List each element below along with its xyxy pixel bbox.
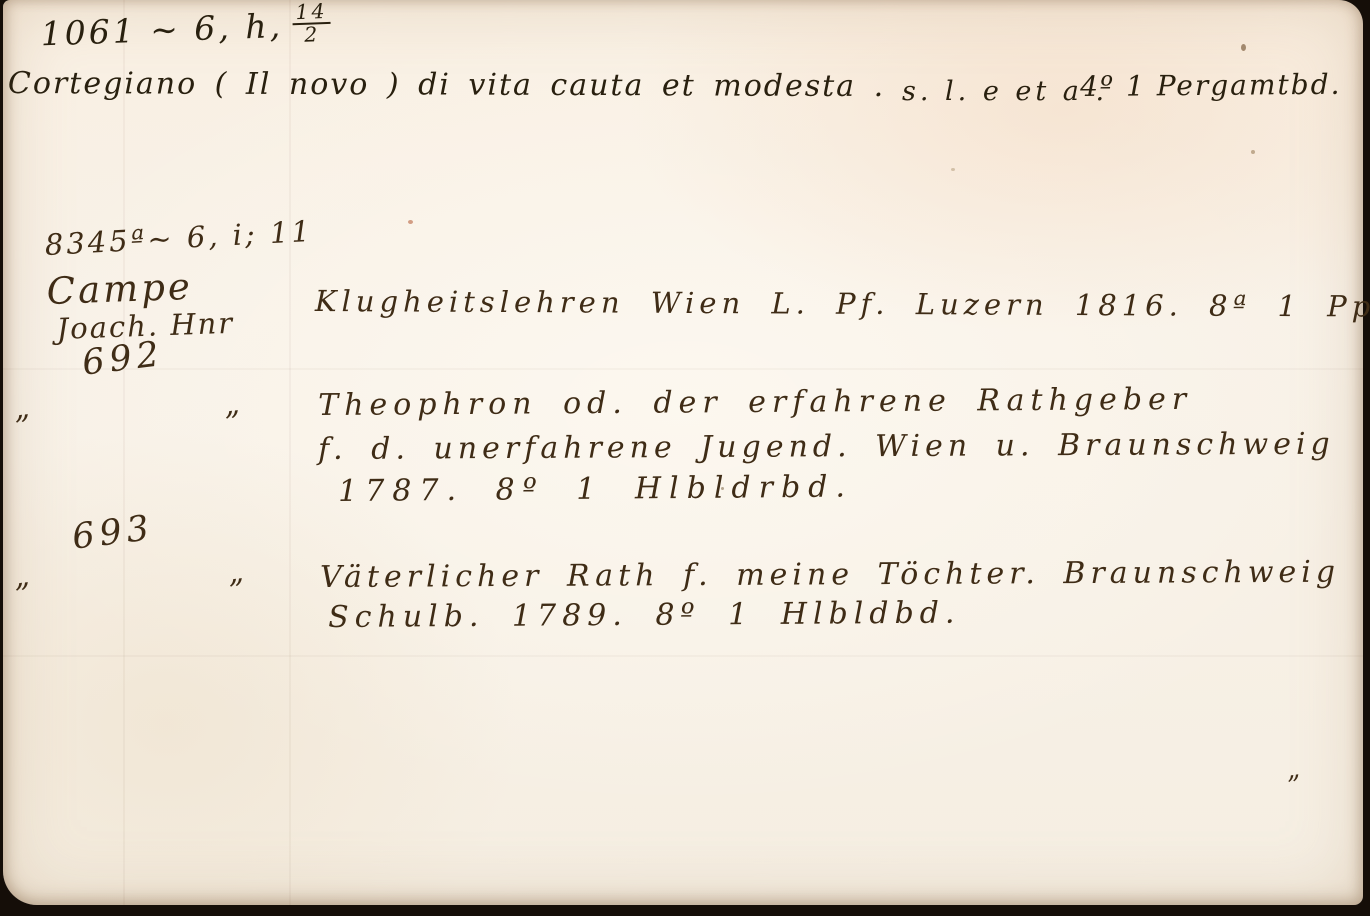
imprint-cortegiano: s. l. e et a . [902,76,1108,107]
ditto-mark: „ [222,386,242,423]
paper-stain [1241,44,1246,51]
fraction-denominator: 2 [293,24,332,46]
paper-stain [1251,150,1255,154]
paper-stain [408,220,413,224]
paper-crease [123,0,125,905]
shelfmark-fraction: 142 [292,2,331,46]
ditto-mark: „ [12,558,32,595]
entry-693-line-1: Väterlicher Rath f. meine Töchter. Braun… [320,555,1340,595]
entry-693-line-2: Schulb. 1789. 8º 1 Hlbldbd. [328,596,961,635]
work-line-klugheitslehren: Klugheitslehren Wien L. Pf. Luzern 1816.… [315,284,1370,324]
ditto-mark: „ [226,554,246,591]
entry-692-line-2: f. d. unerfahrene Jugend. Wien u. Brauns… [318,427,1335,467]
entry-692-line-3: 1787. 8º 1 Hlbldrbd. [338,470,853,509]
paper-crease [289,0,291,905]
author-surname: Campe [46,265,193,313]
shelfmark-1061-text: 1061 ~ 6, h, [40,6,284,53]
entry-692-line-1: Theophron od. der erfahrene Rathgeber [318,382,1192,423]
title-cortegiano: Cortegiano ( Il novo ) di vita cauta et … [8,66,885,104]
scan-background: { "colors": { "background": "#150e08", "… [0,0,1370,916]
paper-crease [3,655,1363,657]
paper-crease [3,368,1363,370]
collation-cortegiano: 4º 1 Pergamtbd. [1080,68,1342,103]
ditto-mark: „ [12,390,32,427]
paper-stain [951,168,955,171]
